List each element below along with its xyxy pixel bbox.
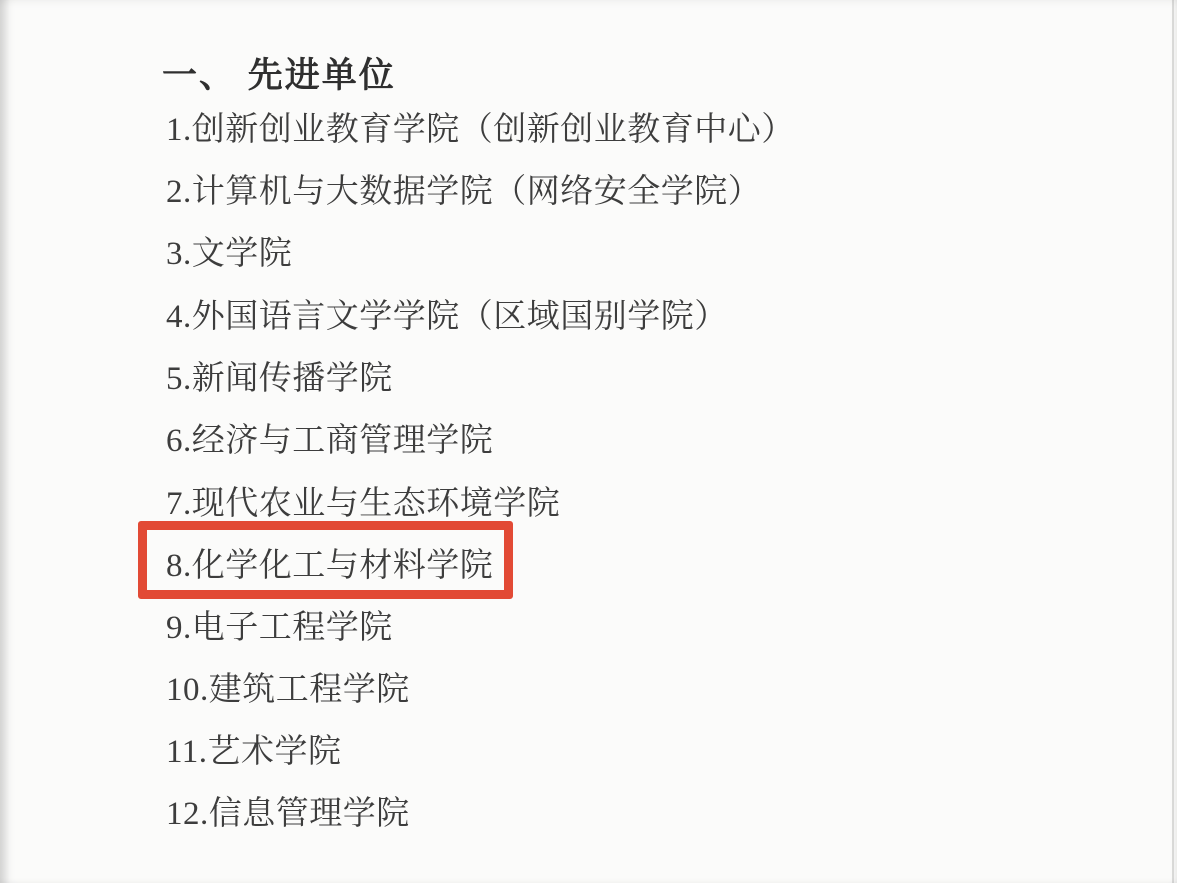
list-item-10: 10.建筑工程学院 [166, 669, 410, 711]
page-edge-left [0, 0, 10, 883]
list-item-11: 11.艺术学院 [166, 731, 342, 773]
list-item-6: 6.经济与工商管理学院 [166, 420, 493, 462]
page-edge-right [1172, 0, 1174, 883]
list-item-8: 8.化学化工与材料学院 [166, 545, 493, 587]
document-page: 一、 先进单位 1.创新创业教育学院（创新创业教育中心） 2.计算机与大数据学院… [0, 0, 1177, 883]
list-item-9: 9.电子工程学院 [166, 607, 393, 649]
list-item-5: 5.新闻传播学院 [166, 358, 393, 400]
list-item-2: 2.计算机与大数据学院（网络安全学院） [166, 171, 761, 213]
list-item-7: 7.现代农业与生态环境学院 [166, 483, 560, 525]
list-item-1: 1.创新创业教育学院（创新创业教育中心） [166, 109, 795, 151]
section-heading: 一、 先进单位 [162, 48, 396, 98]
list-item-12: 12.信息管理学院 [166, 793, 410, 835]
list-item-4: 4.外国语言文学学院（区域国别学院） [166, 296, 728, 338]
list-item-3: 3.文学院 [166, 233, 292, 275]
